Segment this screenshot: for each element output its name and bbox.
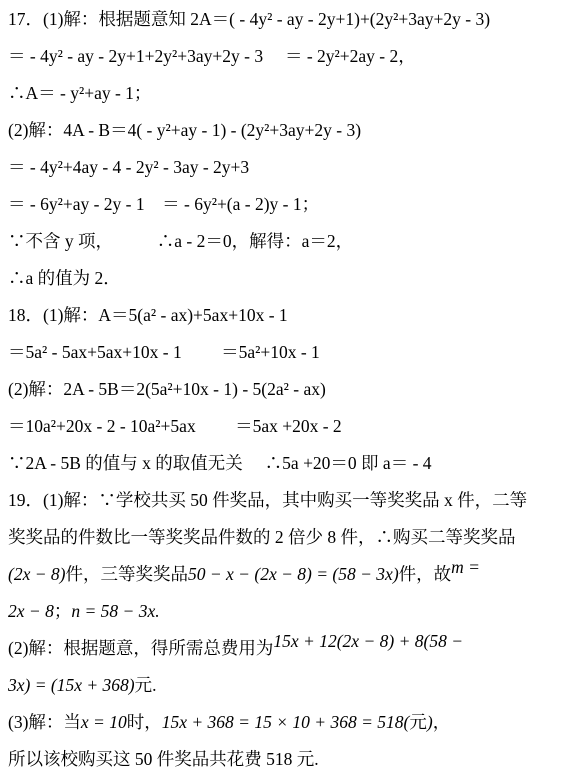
text-segment: 18．(1)解：A＝5(a² - ax)+5ax+10x - 1 bbox=[8, 305, 288, 325]
text-segment: 奖奖品的件数比一等奖奖品件数的 2 倍少 8 件，∴购买二等奖奖品 bbox=[8, 527, 516, 547]
problem-18-line-4: ＝10a²+20x - 2 - 10a²+5ax ＝5ax +20x - 2 bbox=[8, 408, 564, 445]
text-segment: ∵不含 y 项， ∴a - 2＝0，解得：a＝2， bbox=[8, 231, 353, 251]
problem-17-line-5: ＝ - 4y²+4ay - 4 - 2y² - 3ay - 2y+3 bbox=[8, 149, 564, 186]
problem-19-line-7: (3)解：当x = 10时，15x + 368 = 15 × 10 + 368 … bbox=[8, 704, 564, 741]
text-segment: (2)解：根据题意，得所需总费用为 bbox=[8, 638, 273, 658]
problem-19-line-3: (2x − 8)件，三等奖奖品50 − x − (2x − 8) = (58 −… bbox=[8, 556, 564, 593]
raised-math-segment: 15x + 12(2x − 8) + 8(58 − bbox=[273, 633, 463, 651]
text-segment: ＝10a²+20x - 2 - 10a²+5ax ＝5ax +20x - 2 bbox=[8, 416, 342, 436]
text-segment: ∴a 的值为 2． bbox=[8, 268, 121, 288]
text-segment: 时， bbox=[127, 712, 162, 732]
problem-18-line-1: 18．(1)解：A＝5(a² - ax)+5ax+10x - 1 bbox=[8, 297, 564, 334]
text-segment: ， bbox=[433, 712, 451, 732]
text-segment: (2)解：4A - B＝4( - y²+ay - 1) - (2y²+3ay+2… bbox=[8, 120, 361, 140]
problem-17-line-6: ＝ - 6y²+ay - 2y - 1 ＝ - 6y²+(a - 2)y - 1… bbox=[8, 186, 564, 223]
problem-18-line-5: ∵2A - 5B 的值与 x 的取值无关 ∴5a +20＝0 即 a＝ - 4 bbox=[8, 445, 564, 482]
text-segment: ＝ - 6y²+ay - 2y - 1 ＝ - 6y²+(a - 2)y - 1… bbox=[8, 194, 319, 214]
problem-19: 19．(1)解：∵学校共买 50 件奖品，其中购买一等奖奖品 x 件，二等奖奖品… bbox=[8, 482, 564, 778]
text-segment: ＝5a² - 5ax+5ax+10x - 1 ＝5a²+10x - 1 bbox=[8, 342, 320, 362]
problem-18: 18．(1)解：A＝5(a² - ax)+5ax+10x - 1＝5a² - 5… bbox=[8, 297, 564, 482]
text-segment: 17．(1)解：根据题意知 2A＝( - 4y² - ay - 2y+1)+(2… bbox=[8, 9, 490, 29]
text-segment: ＝ - 4y² - ay - 2y+1+2y²+3ay+2y - 3 ＝ - 2… bbox=[8, 46, 416, 66]
problem-17: 17．(1)解：根据题意知 2A＝( - 4y² - ay - 2y+1)+(2… bbox=[8, 1, 564, 297]
text-segment: 19．(1)解：∵学校共买 50 件奖品，其中购买一等奖奖品 x 件，二等 bbox=[8, 490, 527, 510]
math-segment: (2x − 8) bbox=[8, 564, 65, 584]
problem-17-line-2: ＝ - 4y² - ay - 2y+1+2y²+3ay+2y - 3 ＝ - 2… bbox=[8, 38, 564, 75]
text-segment: ∴A＝ - y²+ay - 1； bbox=[8, 83, 151, 103]
problem-18-line-2: ＝5a² - 5ax+5ax+10x - 1 ＝5a²+10x - 1 bbox=[8, 334, 564, 371]
problem-17-line-7: ∵不含 y 项， ∴a - 2＝0，解得：a＝2， bbox=[8, 223, 564, 260]
math-segment: x = 10 bbox=[81, 712, 127, 732]
problem-17-line-1: 17．(1)解：根据题意知 2A＝( - 4y² - ay - 2y+1)+(2… bbox=[8, 1, 564, 38]
math-segment: 50 − x − (2x − 8) = (58 − 3x) bbox=[188, 564, 399, 584]
text-segment: ； bbox=[54, 601, 72, 621]
text-segment: 元. bbox=[135, 675, 157, 695]
text-segment: 元 bbox=[409, 712, 427, 732]
problem-18-line-3: (2)解：2A - 5B＝2(5a²+10x - 1) - 5(2a² - ax… bbox=[8, 371, 564, 408]
problem-19-line-6: 3x) = (15x + 368)元. bbox=[8, 667, 564, 704]
math-segment: 2x − 8 bbox=[8, 601, 54, 621]
text-segment: 件，三等奖奖品 bbox=[65, 564, 188, 584]
problem-19-line-4: 2x − 8；n = 58 − 3x. bbox=[8, 593, 564, 630]
solution-document: 17．(1)解：根据题意知 2A＝( - 4y² - ay - 2y+1)+(2… bbox=[0, 0, 568, 778]
text-segment: 件，故 bbox=[399, 564, 452, 584]
problem-19-line-5: (2)解：根据题意，得所需总费用为15x + 12(2x − 8) + 8(58… bbox=[8, 630, 564, 667]
problem-19-line-8: 所以该校购买这 50 件奖品共花费 518 元. bbox=[8, 741, 564, 778]
text-segment: (2)解：2A - 5B＝2(5a²+10x - 1) - 5(2a² - ax… bbox=[8, 379, 326, 399]
problem-17-line-3: ∴A＝ - y²+ay - 1； bbox=[8, 75, 564, 112]
problem-17-line-8: ∴a 的值为 2． bbox=[8, 260, 564, 297]
text-segment: ＝ - 4y²+4ay - 4 - 2y² - 3ay - 2y+3 bbox=[8, 157, 249, 177]
problem-19-line-1: 19．(1)解：∵学校共买 50 件奖品，其中购买一等奖奖品 x 件，二等 bbox=[8, 482, 564, 519]
raised-math-segment: m = bbox=[451, 559, 480, 577]
text-segment: (3)解：当 bbox=[8, 712, 81, 732]
solution-lines: 17．(1)解：根据题意知 2A＝( - 4y² - ay - 2y+1)+(2… bbox=[8, 1, 564, 778]
text-segment: ∵2A - 5B 的值与 x 的取值无关 ∴5a +20＝0 即 a＝ - 4 bbox=[8, 453, 432, 473]
text-segment: 所以该校购买这 50 件奖品共花费 518 元. bbox=[8, 749, 319, 769]
problem-19-line-2: 奖奖品的件数比一等奖奖品件数的 2 倍少 8 件，∴购买二等奖奖品 bbox=[8, 519, 564, 556]
math-segment: 15x + 368 = 15 × 10 + 368 = 518( bbox=[162, 712, 410, 732]
math-segment: 3x) = (15x + 368) bbox=[8, 675, 135, 695]
problem-17-line-4: (2)解：4A - B＝4( - y²+ay - 1) - (2y²+3ay+2… bbox=[8, 112, 564, 149]
math-segment: n = 58 − 3x. bbox=[71, 601, 159, 621]
